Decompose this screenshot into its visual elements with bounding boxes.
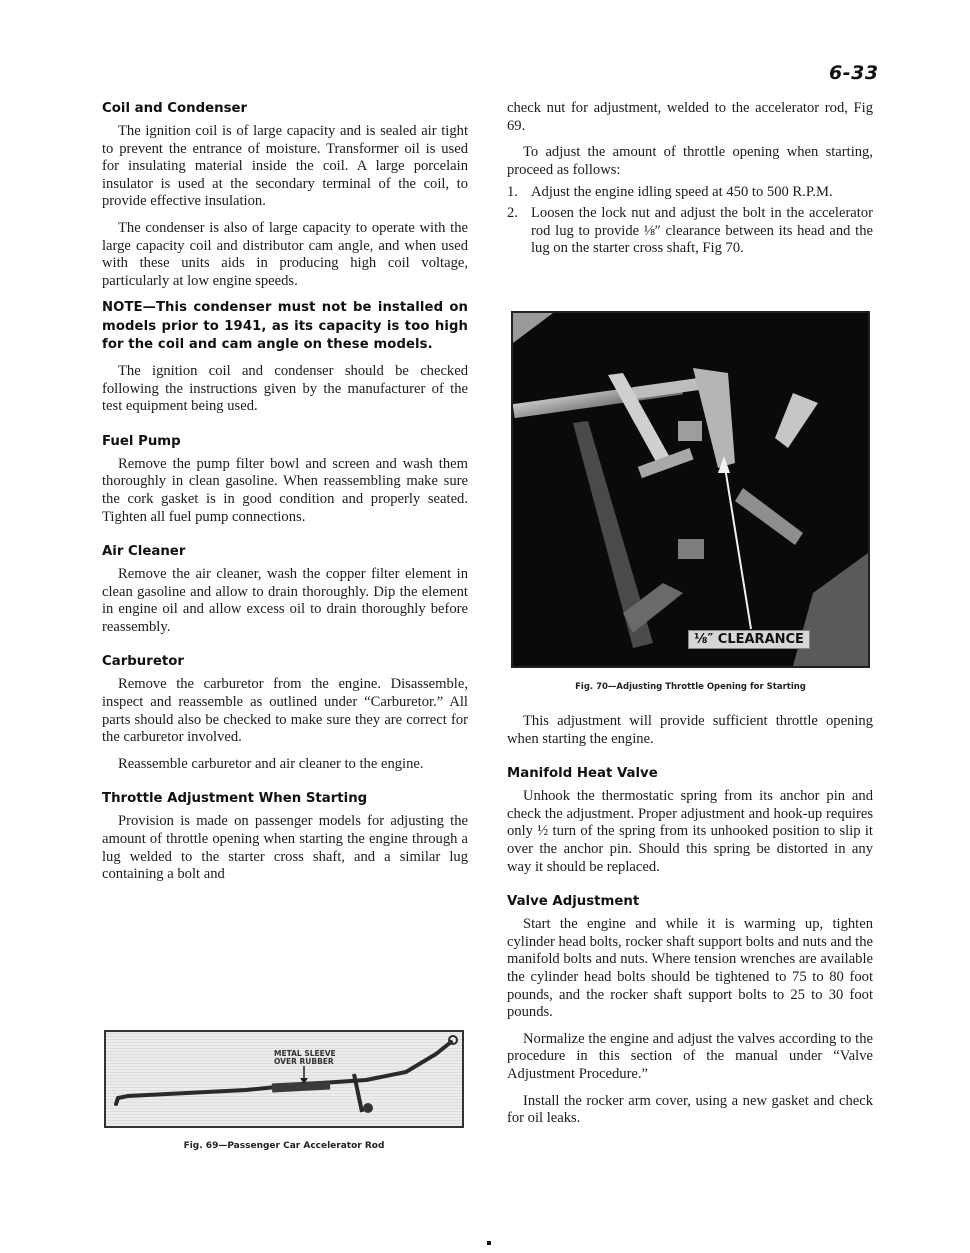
heading-carburetor: Carburetor	[102, 653, 468, 671]
paragraph: This adjustment will provide sufficient …	[507, 713, 873, 748]
print-mark	[487, 1241, 491, 1245]
paragraph: Remove the carburetor from the engine. D…	[102, 676, 468, 746]
figure-69-accelerator-rod: METAL SLEEVE OVER RUBBER	[104, 1030, 464, 1128]
metal-sleeve-label: METAL SLEEVE OVER RUBBER	[274, 1050, 336, 1066]
paragraph: Provision is made on passenger models fo…	[102, 813, 468, 883]
paragraph: The ignition coil is of large capacity a…	[102, 123, 468, 211]
accelerator-rod-illustration	[106, 1032, 462, 1126]
note-warning: NOTE—This condenser must not be installe…	[102, 299, 468, 354]
heading-manifold-heat-valve: Manifold Heat Valve	[507, 765, 873, 783]
heading-fuel-pump: Fuel Pump	[102, 433, 468, 451]
figure-70-caption: Fig. 70—Adjusting Throttle Opening for S…	[511, 682, 870, 692]
heading-valve-adjustment: Valve Adjustment	[507, 893, 873, 911]
paragraph: Unhook the thermostatic spring from its …	[507, 788, 873, 876]
figure-70-throttle-photo: ⅛″ CLEARANCE	[511, 311, 870, 668]
paragraph: To adjust the amount of throttle opening…	[507, 144, 873, 179]
step-item: 1. Adjust the engine idling speed at 450…	[507, 184, 873, 202]
paragraph: Normalize the engine and adjust the valv…	[507, 1031, 873, 1084]
clearance-label: ⅛″ CLEARANCE	[688, 630, 810, 649]
step-item: 2. Loosen the lock nut and adjust the bo…	[507, 205, 873, 258]
paragraph: Install the rocker arm cover, using a ne…	[507, 1093, 873, 1128]
paragraph: Remove the air cleaner, wash the copper …	[102, 566, 468, 636]
right-column: check nut for adjustment, welded to the …	[507, 100, 873, 267]
right-column-lower: This adjustment will provide sufficient …	[507, 713, 873, 1137]
paragraph: Start the engine and while it is warming…	[507, 916, 873, 1022]
heading-air-cleaner: Air Cleaner	[102, 543, 468, 561]
procedure-steps: 1. Adjust the engine idling speed at 450…	[507, 184, 873, 257]
page-number: 6-33	[829, 62, 879, 84]
paragraph-continuation: check nut for adjustment, welded to the …	[507, 100, 873, 135]
figure-69-caption: Fig. 69—Passenger Car Accelerator Rod	[104, 1141, 464, 1151]
heading-throttle-adjustment: Throttle Adjustment When Starting	[102, 790, 468, 808]
left-column: Coil and Condenser The ignition coil is …	[102, 100, 468, 893]
paragraph: Reassemble carburetor and air cleaner to…	[102, 756, 468, 774]
throttle-linkage-photo	[513, 313, 868, 666]
heading-coil-and-condenser: Coil and Condenser	[102, 100, 468, 118]
paragraph: Remove the pump filter bowl and screen a…	[102, 456, 468, 526]
paragraph: The ignition coil and condenser should b…	[102, 363, 468, 416]
paragraph: The condenser is also of large capacity …	[102, 220, 468, 290]
